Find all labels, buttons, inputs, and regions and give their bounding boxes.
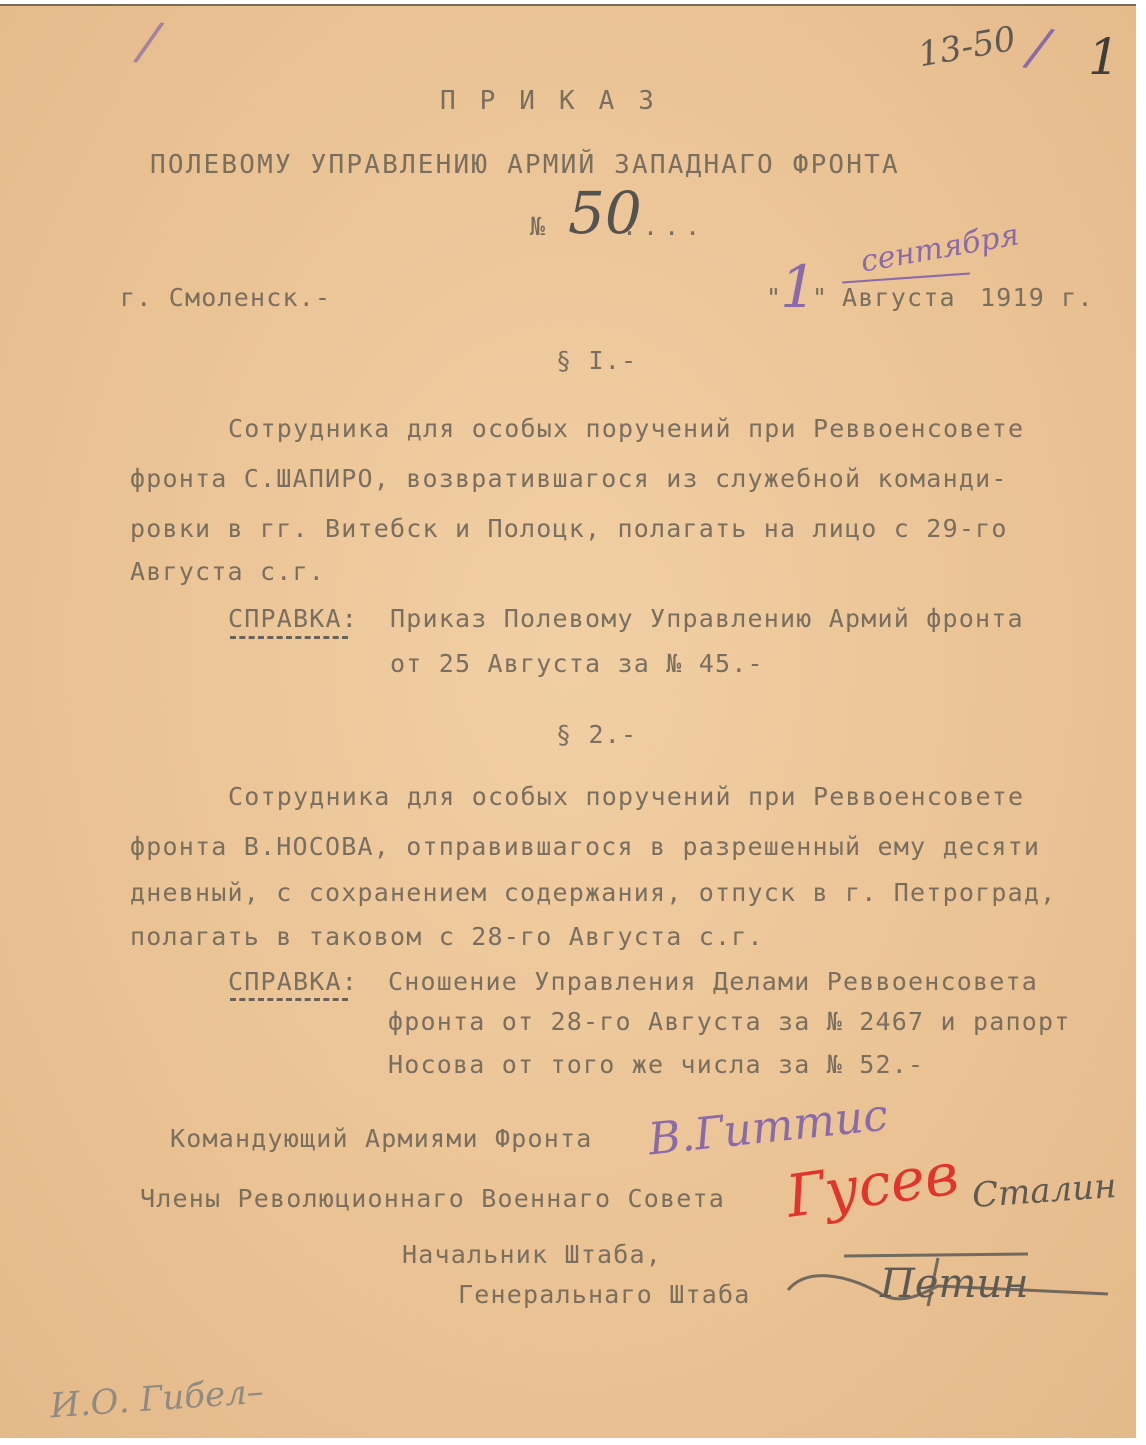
- council-member-signature-red: Гусев: [783, 1144, 962, 1225]
- document-page: / 13-50 / 1 ПРИКАЗ ПОЛЕВОМУ УПРАВЛЕНИЮ А…: [0, 4, 1136, 1438]
- chief-of-staff-title-line-1: Начальник Штаба,: [402, 1242, 662, 1267]
- section-2-reference-underline: [230, 998, 348, 1001]
- section-2-line-4: полагать в таковом с 28-го Августа с.г.: [130, 924, 764, 949]
- section-1-line-2: фронта С.ШАПИРО, возвратившагося из служ…: [130, 466, 1008, 491]
- council-members-title: Члены Революционнаго Военнаго Совета: [140, 1186, 725, 1211]
- section-1-line-1: Сотрудника для особых поручений при Ревв…: [228, 416, 1024, 441]
- date-month-strikethrough: [842, 273, 970, 284]
- chief-of-staff-signature: Петин: [880, 1264, 1029, 1304]
- place-of-issue: г. Смоленск.-: [120, 285, 331, 310]
- order-number-dots: ....: [622, 214, 706, 239]
- archive-slash: /: [1026, 21, 1052, 75]
- section-1-reference-line-2: от 25 Августа за № 45.-: [390, 651, 764, 676]
- section-2-reference-line-1: Сношение Управления Делами Реввоенсовета: [388, 969, 1038, 994]
- section-2-line-2: фронта В.НОСОВА, отправившагося в разреш…: [130, 834, 1040, 859]
- date-month-struck: Августа: [842, 285, 956, 310]
- section-2-line-1: Сотрудника для особых поручений при Ревв…: [228, 784, 1024, 809]
- date-month-correction: сентября: [859, 220, 1022, 277]
- commander-title: Командующий Армиями Фронта: [170, 1126, 593, 1151]
- commander-signature: В.Гиттис: [646, 1094, 890, 1163]
- council-member-signature-pencil: Сталин: [971, 1169, 1117, 1213]
- section-1-reference-line-1: Приказ Полевому Управлению Армий фронта: [390, 606, 1024, 631]
- section-2-reference-line-2: фронта от 28-го Августа за № 2467 и рапо…: [388, 1009, 1071, 1034]
- archive-mark-top-left: /: [136, 15, 161, 69]
- archive-note-bottom-left: И.О. Гибел–: [49, 1375, 265, 1424]
- section-2-heading: § 2.-: [556, 722, 637, 747]
- sheet-number: 1: [1088, 32, 1120, 82]
- section-2-reference-line-3: Носова от того же числа за № 52.-: [388, 1052, 924, 1077]
- document-subtitle: ПОЛЕВОМУ УПРАВЛЕНИЮ АРМИЙ ЗАПАДНАГО ФРОН…: [150, 152, 900, 178]
- date-quote-close: ": [812, 285, 828, 310]
- chief-of-staff-title-line-2: Генеральнаго Штаба: [458, 1282, 751, 1307]
- date-year: 1919 г.: [980, 285, 1094, 310]
- section-2-line-3: дневный, с сохранением содержания, отпус…: [130, 880, 1056, 905]
- archive-reference-number: 13-50: [916, 22, 1018, 73]
- section-1-reference-label: СПРАВКА:: [228, 606, 358, 631]
- document-title: ПРИКАЗ: [440, 88, 678, 114]
- section-1-heading: § I.-: [556, 348, 637, 373]
- order-number-prefix: №: [530, 214, 546, 239]
- section-2-reference-label: СПРАВКА:: [228, 969, 358, 994]
- section-1-line-3: ровки в гг. Витебск и Полоцк, полагать н…: [130, 516, 1008, 541]
- section-1-reference-underline: [230, 636, 348, 639]
- section-1-line-4: Августа с.г.: [130, 559, 325, 584]
